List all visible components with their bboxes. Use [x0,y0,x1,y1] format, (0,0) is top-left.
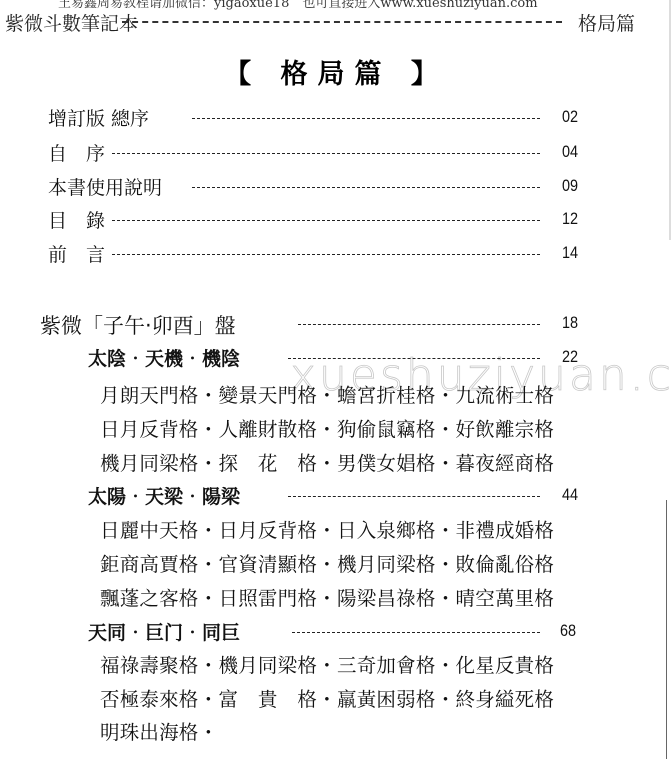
separator-dot: ・ [436,684,456,712]
pattern-item[interactable]: 男僕女娼格 [337,452,436,475]
toc-entry[interactable]: 增訂版 總序 02 [0,104,672,134]
pattern-item[interactable]: 日入泉鄉格 [337,519,436,542]
toc-chapter[interactable]: 紫微「子午‧卯酉」盤 18 [0,310,672,340]
separator-dot: ・ [199,583,219,611]
toc-entry[interactable]: 本書使用說明 09 [0,173,672,203]
page-title: 【 格局篇 】 [0,52,672,91]
pattern-item[interactable]: 三奇加會格 [337,654,436,677]
pattern-item[interactable]: 晴空萬里格 [456,587,555,610]
running-header-book-title: 紫微斗數筆記本 [5,9,138,36]
leader-dots [298,324,540,325]
toc-entry-label: 前 言 [48,240,105,267]
leader-dots [192,118,540,119]
leader-dots [192,187,540,188]
toc-section-label: 太陽‧天梁‧陽梁 [88,482,240,509]
separator-dot: ・ [436,583,456,611]
pattern-item[interactable]: 非禮成婚格 [456,519,555,542]
separator-dot: ・ [436,448,456,476]
pattern-item[interactable]: 富 貴 格 [219,688,318,711]
toc-entry-label: 自 序 [48,139,105,166]
toc-entry[interactable]: 前 言 14 [0,240,672,270]
separator-dot: ・ [317,380,337,408]
separator-dot: ・ [199,549,219,577]
pattern-item[interactable]: 化星反貴格 [456,654,555,677]
pattern-row: 日月反背格・人離財散格・狗偷鼠竊格・好飲離宗格 [100,414,554,442]
pattern-item[interactable]: 福祿壽聚格 [100,654,199,677]
pattern-row: 明珠出海格・ [100,717,219,745]
separator-dot: ・ [436,414,456,442]
separator-dot: ・ [317,515,337,543]
toc-entry-page: 12 [562,209,578,229]
separator-dot: ・ [317,549,337,577]
running-header-leader [122,21,562,23]
leader-dots [112,254,540,255]
toc-entry-page: 04 [562,142,578,162]
leader-dots [112,153,540,154]
pattern-item[interactable]: 否極泰來格 [100,688,199,711]
pattern-item[interactable]: 羸黃困弱格 [337,688,436,711]
separator-dot: ・ [436,549,456,577]
leader-dots [288,496,540,497]
separator-dot: ・ [199,684,219,712]
separator-dot: ・ [317,583,337,611]
pattern-item[interactable]: 日月反背格 [219,519,318,542]
separator-dot: ・ [317,650,337,678]
toc-section[interactable]: 太陽‧天梁‧陽梁 44 [0,482,672,512]
pattern-row: 日麗中天格・日月反背格・日入泉鄉格・非禮成婚格 [100,515,554,543]
pattern-item[interactable]: 狗偷鼠竊格 [337,418,436,441]
pattern-item[interactable]: 機月同梁格 [100,452,199,475]
toc-entry-label: 增訂版 總序 [48,104,149,131]
pattern-item[interactable]: 鉅商高賈格 [100,553,199,576]
pattern-item[interactable]: 日麗中天格 [100,519,199,542]
toc-section[interactable]: 天同‧巨门‧同巨 68 [0,618,672,648]
separator-dot: ・ [317,684,337,712]
separator-dot: ・ [199,717,219,745]
pattern-item[interactable]: 探 花 格 [219,452,318,475]
toc-entry-page: 02 [562,107,578,127]
toc-entry[interactable]: 目 錄 12 [0,206,672,236]
leader-dots [112,220,540,221]
pattern-item[interactable]: 日照雷門格 [219,587,318,610]
pattern-item[interactable]: 陽梁昌祿格 [337,587,436,610]
pattern-row: 否極泰來格・富 貴 格・羸黃困弱格・終身縊死格 [100,684,554,712]
pattern-item[interactable]: 九流術士格 [456,384,555,407]
pattern-item[interactable]: 飄蓬之客格 [100,587,199,610]
running-header-section: 格局篇 [578,9,635,36]
toc-chapter-page: 18 [562,313,578,333]
pattern-row: 鉅商高賈格・官資清顯格・機月同梁格・敗倫亂俗格 [100,549,554,577]
separator-dot: ・ [436,380,456,408]
toc-section-page: 44 [562,485,578,505]
leader-dots [292,632,540,633]
pattern-row: 福祿壽聚格・機月同梁格・三奇加會格・化星反貴格 [100,650,554,678]
pattern-item[interactable]: 好飲離宗格 [456,418,555,441]
toc-entry[interactable]: 自 序 04 [0,139,672,169]
pattern-item[interactable]: 終身縊死格 [456,688,555,711]
pattern-item[interactable]: 明珠出海格 [100,721,199,744]
pattern-item[interactable]: 機月同梁格 [337,553,436,576]
toc-section-label: 天同‧巨门‧同巨 [88,618,240,645]
separator-dot: ・ [436,650,456,678]
pattern-item[interactable]: 官資清顯格 [219,553,318,576]
pattern-row: 飄蓬之客格・日照雷門格・陽梁昌祿格・晴空萬里格 [100,583,554,611]
toc-entry-page: 14 [562,243,578,263]
leader-dots [288,358,540,359]
page-edge-shadow [669,0,671,240]
pattern-row: 機月同梁格・探 花 格・男僕女娼格・暮夜經商格 [100,448,554,476]
toc-section-page: 68 [560,621,576,641]
toc-entry-page: 09 [562,176,578,196]
toc-chapter-label: 紫微「子午‧卯酉」盤 [40,310,236,340]
separator-dot: ・ [199,414,219,442]
pattern-item[interactable]: 日月反背格 [100,418,199,441]
toc-section[interactable]: 太陰‧天機‧機陰 22 [0,344,672,374]
separator-dot: ・ [199,515,219,543]
pattern-item[interactable]: 蟾宮折桂格 [337,384,436,407]
toc-entry-label: 本書使用說明 [48,173,162,200]
separator-dot: ・ [436,515,456,543]
pattern-item[interactable]: 月朗天門格 [100,384,199,407]
separator-dot: ・ [317,414,337,442]
separator-dot: ・ [199,448,219,476]
separator-dot: ・ [199,380,219,408]
pattern-item[interactable]: 機月同梁格 [219,654,318,677]
toc-entry-label: 目 錄 [48,206,105,233]
toc-section-page: 22 [562,347,578,367]
separator-dot: ・ [317,448,337,476]
page-edge-line [666,500,667,759]
pattern-row: 月朗天門格・變景天門格・蟾宮折桂格・九流術士格 [100,380,554,408]
pattern-item[interactable]: 敗倫亂俗格 [456,553,555,576]
pattern-item[interactable]: 人離財散格 [219,418,318,441]
toc-section-label: 太陰‧天機‧機陰 [88,344,240,371]
pattern-item[interactable]: 暮夜經商格 [456,452,555,475]
pattern-item[interactable]: 變景天門格 [219,384,318,407]
separator-dot: ・ [199,650,219,678]
